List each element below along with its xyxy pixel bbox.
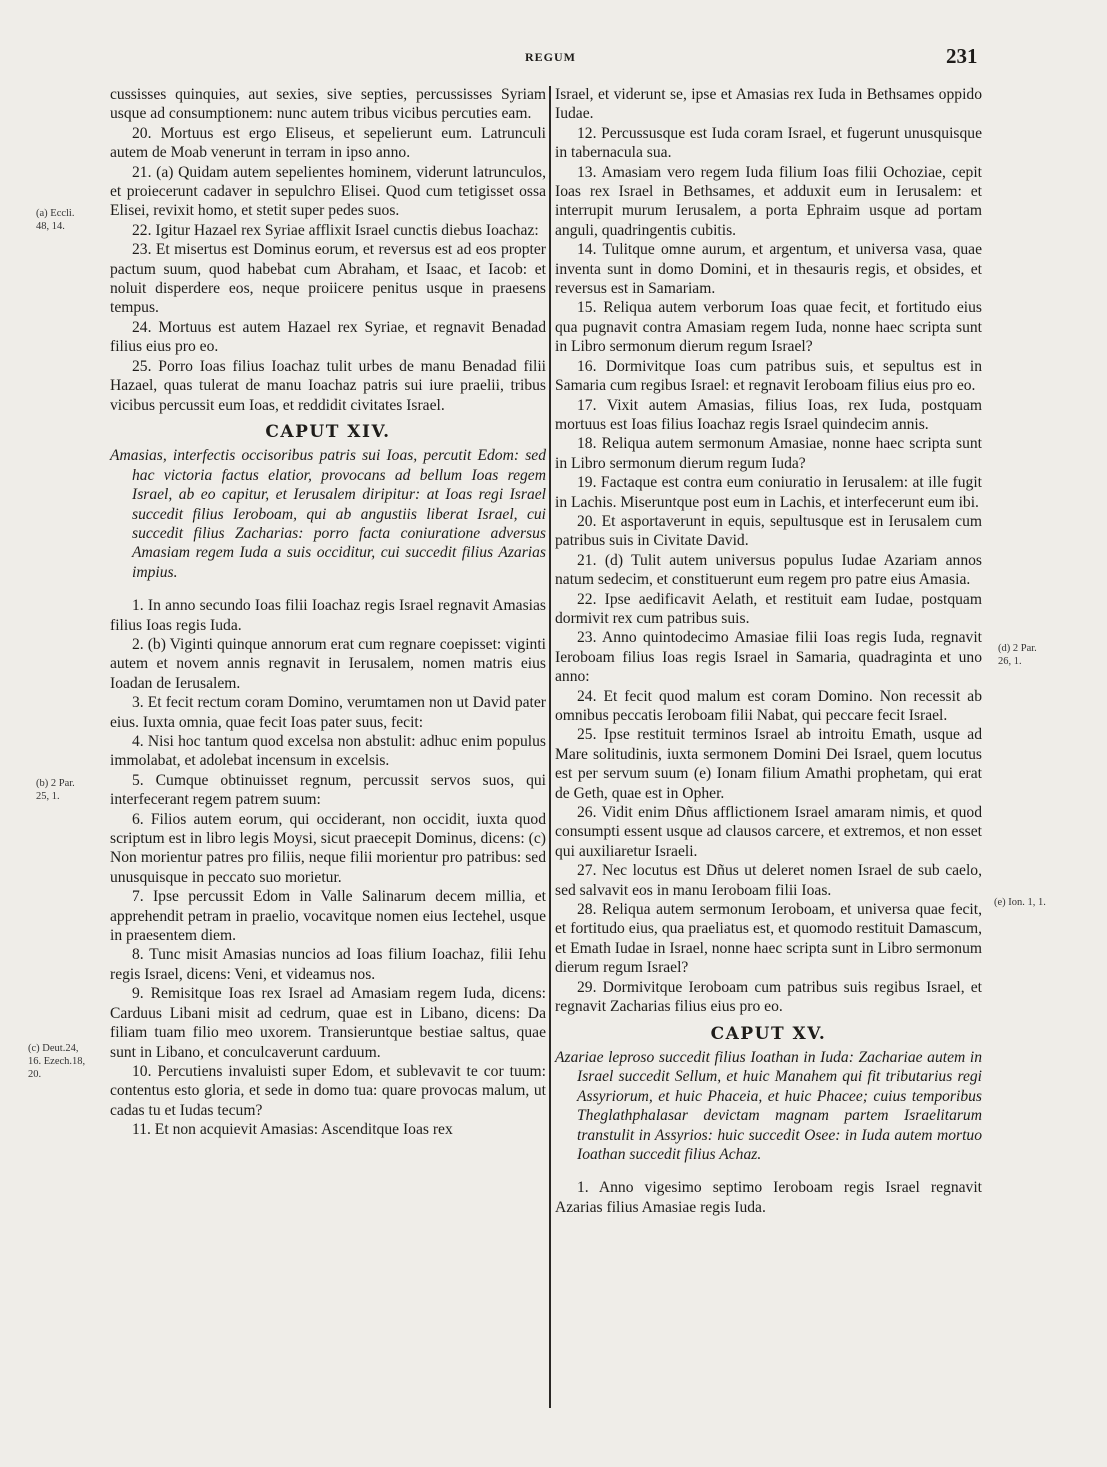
verse-paragraph: 5. Cumque obtinuisset regnum, percussit … bbox=[110, 771, 546, 810]
verse-paragraph: 9. Remisitque Ioas rex Israel ad Amasiam… bbox=[110, 984, 546, 1062]
margin-note-e: (e) Ion. 1, 1. bbox=[994, 896, 1094, 909]
margin-note-a: (a) Eccli. 48, 14. bbox=[36, 207, 136, 233]
verse-paragraph: 22. Igitur Hazael rex Syriae afflixit Is… bbox=[110, 221, 546, 240]
verse-paragraph: 23. Anno quintodecimo Amasiae filii Ioas… bbox=[555, 628, 982, 686]
verse-paragraph: 29. Dormivitque Ieroboam cum patribus su… bbox=[555, 978, 982, 1017]
margin-note-label: (a) Eccli. bbox=[36, 207, 136, 220]
verse-paragraph: 24. Et fecit quod malum est coram Domino… bbox=[555, 687, 982, 726]
verse-paragraph: 2. (b) Viginti quinque annorum erat cum … bbox=[110, 635, 546, 693]
margin-note-d: (d) 2 Par. 26, 1. bbox=[998, 642, 1098, 668]
margin-note-ref: 16. Ezech.18, bbox=[28, 1055, 128, 1068]
verse-paragraph: 1. In anno secundo Ioas filii Ioachaz re… bbox=[110, 596, 546, 635]
verse-paragraph: 28. Reliqua autem sermonum Ieroboam, et … bbox=[555, 900, 982, 978]
margin-note-ref: 20. bbox=[28, 1068, 128, 1081]
running-head: REGUM bbox=[525, 50, 576, 65]
page-number: 231 bbox=[946, 44, 978, 69]
verse-paragraph: 15. Reliqua autem verborum Ioas quae fec… bbox=[555, 298, 982, 356]
verse-paragraph: 16. Dormivitque Ioas cum patribus suis, … bbox=[555, 357, 982, 396]
verse-paragraph: cussisses quinquies, aut sexies, sive se… bbox=[110, 85, 546, 124]
margin-note-ref: 48, 14. bbox=[36, 220, 136, 233]
verse-paragraph: 21. (a) Quidam autem sepelientes hominem… bbox=[110, 163, 546, 221]
verse-paragraph: 13. Amasiam vero regem Iuda filium Ioas … bbox=[555, 163, 982, 241]
column-divider bbox=[549, 86, 551, 1408]
verse-paragraph: 25. Porro Ioas filius Ioachaz tulit urbe… bbox=[110, 357, 546, 415]
verse-paragraph: 20. Et asportaverunt in equis, sepultusq… bbox=[555, 512, 982, 551]
chapter-summary: Amasias, interfectis occisoribus patris … bbox=[110, 446, 546, 582]
verse-paragraph: 22. Ipse aedificavit Aelath, et restitui… bbox=[555, 590, 982, 629]
verse-paragraph: 11. Et non acquievit Amasias: Ascenditqu… bbox=[110, 1120, 546, 1139]
verse-paragraph: 6. Filios autem eorum, qui occiderant, n… bbox=[110, 810, 546, 888]
verse-paragraph: 7. Ipse percussit Edom in Valle Salinaru… bbox=[110, 887, 546, 945]
verse-paragraph: 17. Vixit autem Amasias, filius Ioas, re… bbox=[555, 396, 982, 435]
margin-note-label: (d) 2 Par. bbox=[998, 642, 1098, 655]
verse-paragraph: 25. Ipse restituit terminos Israel ab in… bbox=[555, 725, 982, 803]
verse-paragraph: 1. Anno vigesimo septimo Ieroboam regis … bbox=[555, 1178, 982, 1217]
verse-paragraph: 3. Et fecit rectum coram Domino, verumta… bbox=[110, 693, 546, 732]
verse-paragraph: Israel, et viderunt se, ipse et Amasias … bbox=[555, 85, 982, 124]
verse-paragraph: 12. Percussusque est Iuda coram Israel, … bbox=[555, 124, 982, 163]
verse-paragraph: 14. Tulitque omne aurum, et argentum, et… bbox=[555, 240, 982, 298]
chapter-heading: CAPUT XIV. bbox=[110, 423, 546, 442]
margin-note-label: (c) Deut.24, bbox=[28, 1042, 128, 1055]
margin-note-ref: 26, 1. bbox=[998, 655, 1098, 668]
verse-paragraph: 20. Mortuus est ergo Eliseus, et sepelie… bbox=[110, 124, 546, 163]
chapter-heading: CAPUT XV. bbox=[555, 1025, 982, 1044]
margin-note-label: (e) Ion. 1, 1. bbox=[994, 896, 1094, 909]
left-column: cussisses quinquies, aut sexies, sive se… bbox=[110, 85, 546, 1140]
margin-note-label: (b) 2 Par. bbox=[36, 777, 136, 790]
verse-paragraph: 19. Factaque est contra eum coniuratio i… bbox=[555, 473, 982, 512]
verse-paragraph: 8. Tunc misit Amasias nuncios ad Ioas fi… bbox=[110, 945, 546, 984]
verse-paragraph: 18. Reliqua autem sermonum Amasiae, nonn… bbox=[555, 434, 982, 473]
right-column: Israel, et viderunt se, ipse et Amasias … bbox=[555, 85, 982, 1217]
verse-paragraph: 26. Vidit enim Dñus afflictionem Israel … bbox=[555, 803, 982, 861]
chapter-summary: Azariae leproso succedit filius Ioathan … bbox=[555, 1048, 982, 1164]
verse-paragraph: 24. Mortuus est autem Hazael rex Syriae,… bbox=[110, 318, 546, 357]
verse-paragraph: 27. Nec locutus est Dñus ut deleret nome… bbox=[555, 861, 982, 900]
verse-paragraph: 23. Et misertus est Dominus eorum, et re… bbox=[110, 240, 546, 318]
margin-note-ref: 25, 1. bbox=[36, 790, 136, 803]
verse-paragraph: 4. Nisi hoc tantum quod excelsa non abst… bbox=[110, 732, 546, 771]
verse-paragraph: 21. (d) Tulit autem universus populus Iu… bbox=[555, 551, 982, 590]
margin-note-b: (b) 2 Par. 25, 1. bbox=[36, 777, 136, 803]
verse-paragraph: 10. Percutiens invaluisti super Edom, et… bbox=[110, 1062, 546, 1120]
margin-note-c: (c) Deut.24, 16. Ezech.18, 20. bbox=[28, 1042, 128, 1081]
